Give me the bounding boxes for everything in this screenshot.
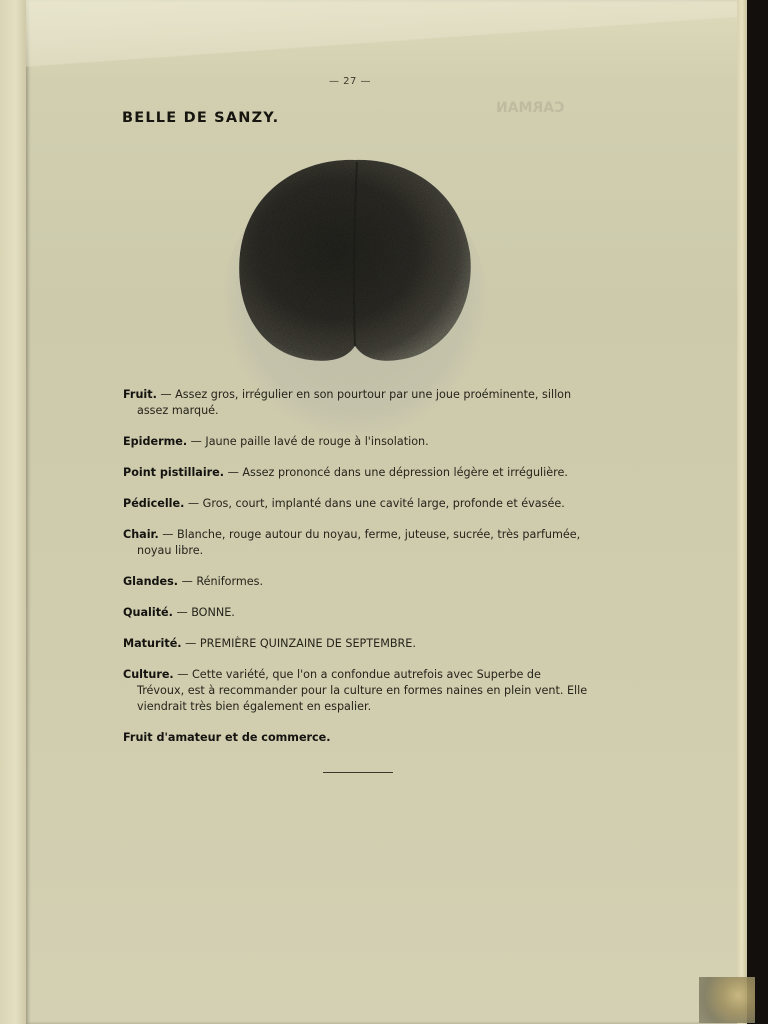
entry-text: — BONNE. xyxy=(176,606,234,619)
background-margin xyxy=(747,0,768,1024)
peach-fruit-image xyxy=(238,158,472,364)
entry-text: — Gros, court, implanté dans une cavité … xyxy=(188,497,565,510)
entry-label: Point pistillaire. xyxy=(123,466,224,479)
entry-text: — Assez prononcé dans une dépression lég… xyxy=(228,466,568,479)
entry-culture: Culture. — Cette variété, que l'on a con… xyxy=(123,667,589,715)
entry-epiderme: Epiderme. — Jaune paille lavé de rouge à… xyxy=(123,434,589,450)
entry-chair: Chair. — Blanche, rouge autour du noyau,… xyxy=(123,527,589,559)
entry-qualite: Qualité. — BONNE. xyxy=(123,605,589,621)
entry-text: — Blanche, rouge autour du noyau, ferme,… xyxy=(137,528,580,557)
entry-label: Chair. xyxy=(123,528,159,541)
page-title: BELLE DE SANZY. xyxy=(122,110,279,126)
variety-description: Fruit. — Assez gros, irrégulier en son p… xyxy=(123,387,589,746)
entry-text: — Réniformes. xyxy=(182,575,263,588)
entry-text: — PREMIÈRE QUINZAINE DE SEPTEMBRE. xyxy=(185,637,416,650)
entry-label: Pédicelle. xyxy=(123,497,184,510)
entry-text: — Jaune paille lavé de rouge à l'insolat… xyxy=(191,435,429,448)
entry-point-pistillaire: Point pistillaire. — Assez prononcé dans… xyxy=(123,465,589,481)
page-stack-edge xyxy=(737,0,747,1024)
entry-label: Culture. xyxy=(123,668,174,681)
closing-remark: Fruit d'amateur et de commerce. xyxy=(123,730,589,746)
bleed-through-title: CARMAN xyxy=(496,100,564,116)
entry-fruit: Fruit. — Assez gros, irrégulier en son p… xyxy=(123,387,589,419)
page-number: — 27 — xyxy=(320,76,380,87)
entry-text: — Assez gros, irrégulier en son pourtour… xyxy=(137,388,571,417)
thumbnail-preview[interactable] xyxy=(699,977,755,1023)
adjacent-page-edge xyxy=(0,0,26,1024)
entry-label: Qualité. xyxy=(123,606,173,619)
entry-glandes: Glandes. — Réniformes. xyxy=(123,574,589,590)
entry-text: — Cette variété, que l'on a confondue au… xyxy=(137,668,587,713)
entry-pedicelle: Pédicelle. — Gros, court, implanté dans … xyxy=(123,496,589,512)
entry-label: Glandes. xyxy=(123,575,178,588)
entry-maturite: Maturité. — PREMIÈRE QUINZAINE DE SEPTEM… xyxy=(123,636,589,652)
entry-label: Maturité. xyxy=(123,637,182,650)
entry-label: Fruit. xyxy=(123,388,157,401)
end-rule-divider xyxy=(323,772,393,773)
entry-label: Epiderme. xyxy=(123,435,187,448)
